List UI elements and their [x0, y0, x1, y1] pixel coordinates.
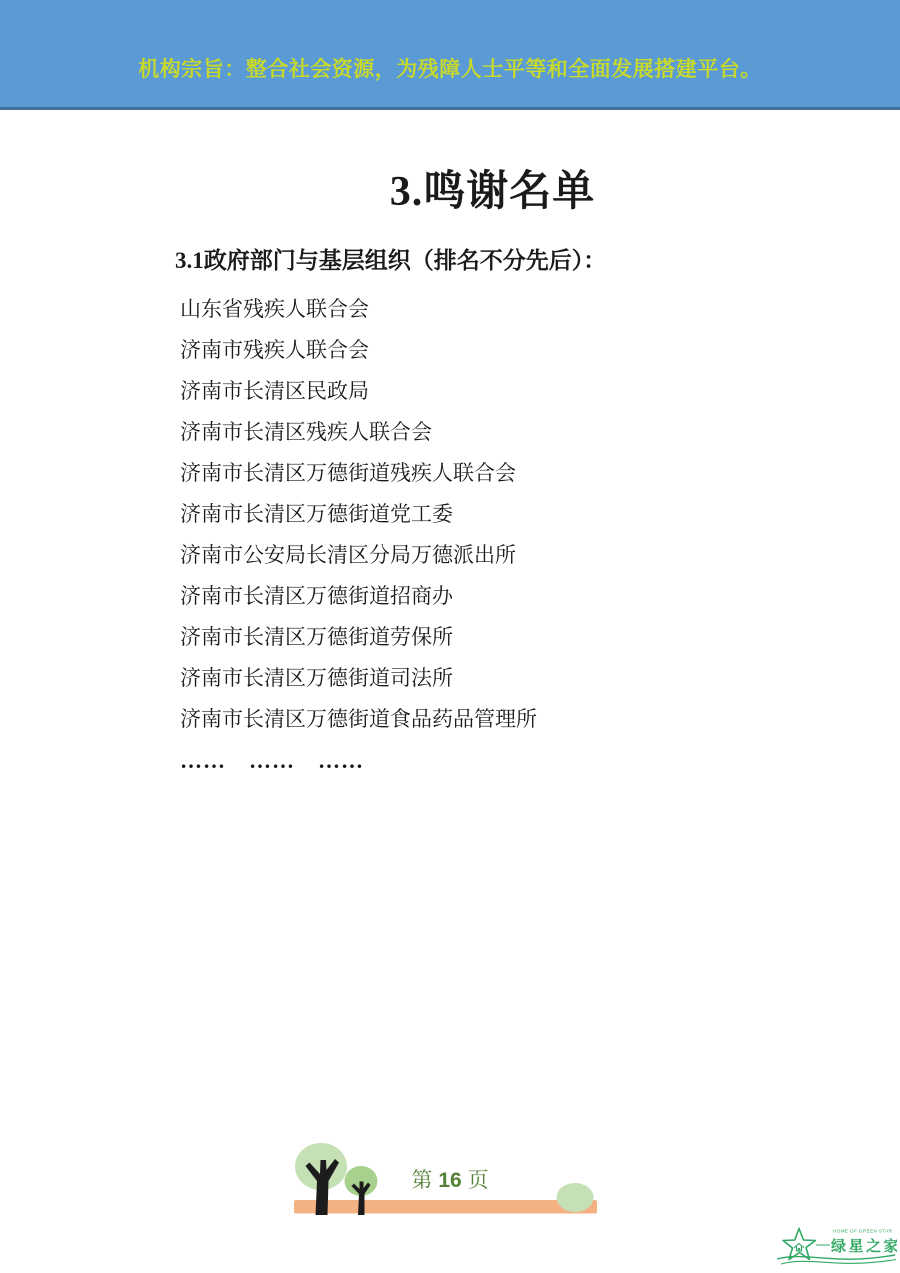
page-number-suffix: 页 — [468, 1168, 489, 1192]
header-motto: 机构宗旨：整合社会资源，为残障人士平等和全面发展搭建平台。 — [138, 53, 762, 83]
section-heading: 3.1政府部门与基层组织（排名不分先后）： — [175, 242, 805, 275]
acknowledgement-item: 济南市长清区万德街道劳保所 — [180, 617, 805, 658]
star-icon — [783, 1229, 816, 1260]
acknowledgement-item: 山东省残疾人联合会 — [180, 289, 805, 330]
page-number: 第16页 — [350, 1164, 550, 1194]
page-number-value: 16 — [432, 1169, 467, 1192]
acknowledgement-item: 济南市长清区民政局 — [180, 371, 805, 412]
wave-icon — [777, 1255, 896, 1264]
logo-name: 绿星之家 — [831, 1237, 897, 1255]
acknowledgement-item: 济南市长清区万德街道残疾人联合会 — [180, 453, 805, 494]
acknowledgement-item: 济南市长清区万德街道党工委 — [180, 494, 805, 535]
document-page: 机构宗旨：整合社会资源，为残障人士平等和全面发展搭建平台。 3.鸣谢名单 3.1… — [0, 0, 900, 1273]
page-content: 3.鸣谢名单 3.1政府部门与基层组织（排名不分先后）： 山东省残疾人联合会 济… — [0, 110, 900, 781]
logo: HOME OF GREEN STAR 绿星之家 — [775, 1221, 897, 1271]
acknowledgement-item: 济南市公安局长清区分局万德派出所 — [180, 535, 805, 576]
logo-tagline: HOME OF GREEN STAR — [833, 1229, 893, 1234]
header-banner: 机构宗旨：整合社会资源，为残障人士平等和全面发展搭建平台。 — [0, 0, 900, 110]
bush-icon — [557, 1183, 594, 1212]
acknowledgement-item: 济南市残疾人联合会 — [180, 330, 805, 371]
acknowledgement-item: 济南市长清区万德街道食品药品管理所 — [180, 699, 805, 740]
page-title: 3.鸣谢名单 — [180, 158, 805, 218]
acknowledgement-item: 济南市长清区残疾人联合会 — [180, 412, 805, 453]
ground-icon — [294, 1200, 597, 1214]
page-number-prefix: 第 — [411, 1168, 432, 1192]
acknowledgement-item: 济南市长清区万德街道招商办 — [180, 576, 805, 617]
acknowledgement-list: 山东省残疾人联合会 济南市残疾人联合会 济南市长清区民政局 济南市长清区残疾人联… — [180, 289, 805, 781]
ellipsis-row: …… …… …… — [180, 740, 805, 781]
acknowledgement-item: 济南市长清区万德街道司法所 — [180, 658, 805, 699]
